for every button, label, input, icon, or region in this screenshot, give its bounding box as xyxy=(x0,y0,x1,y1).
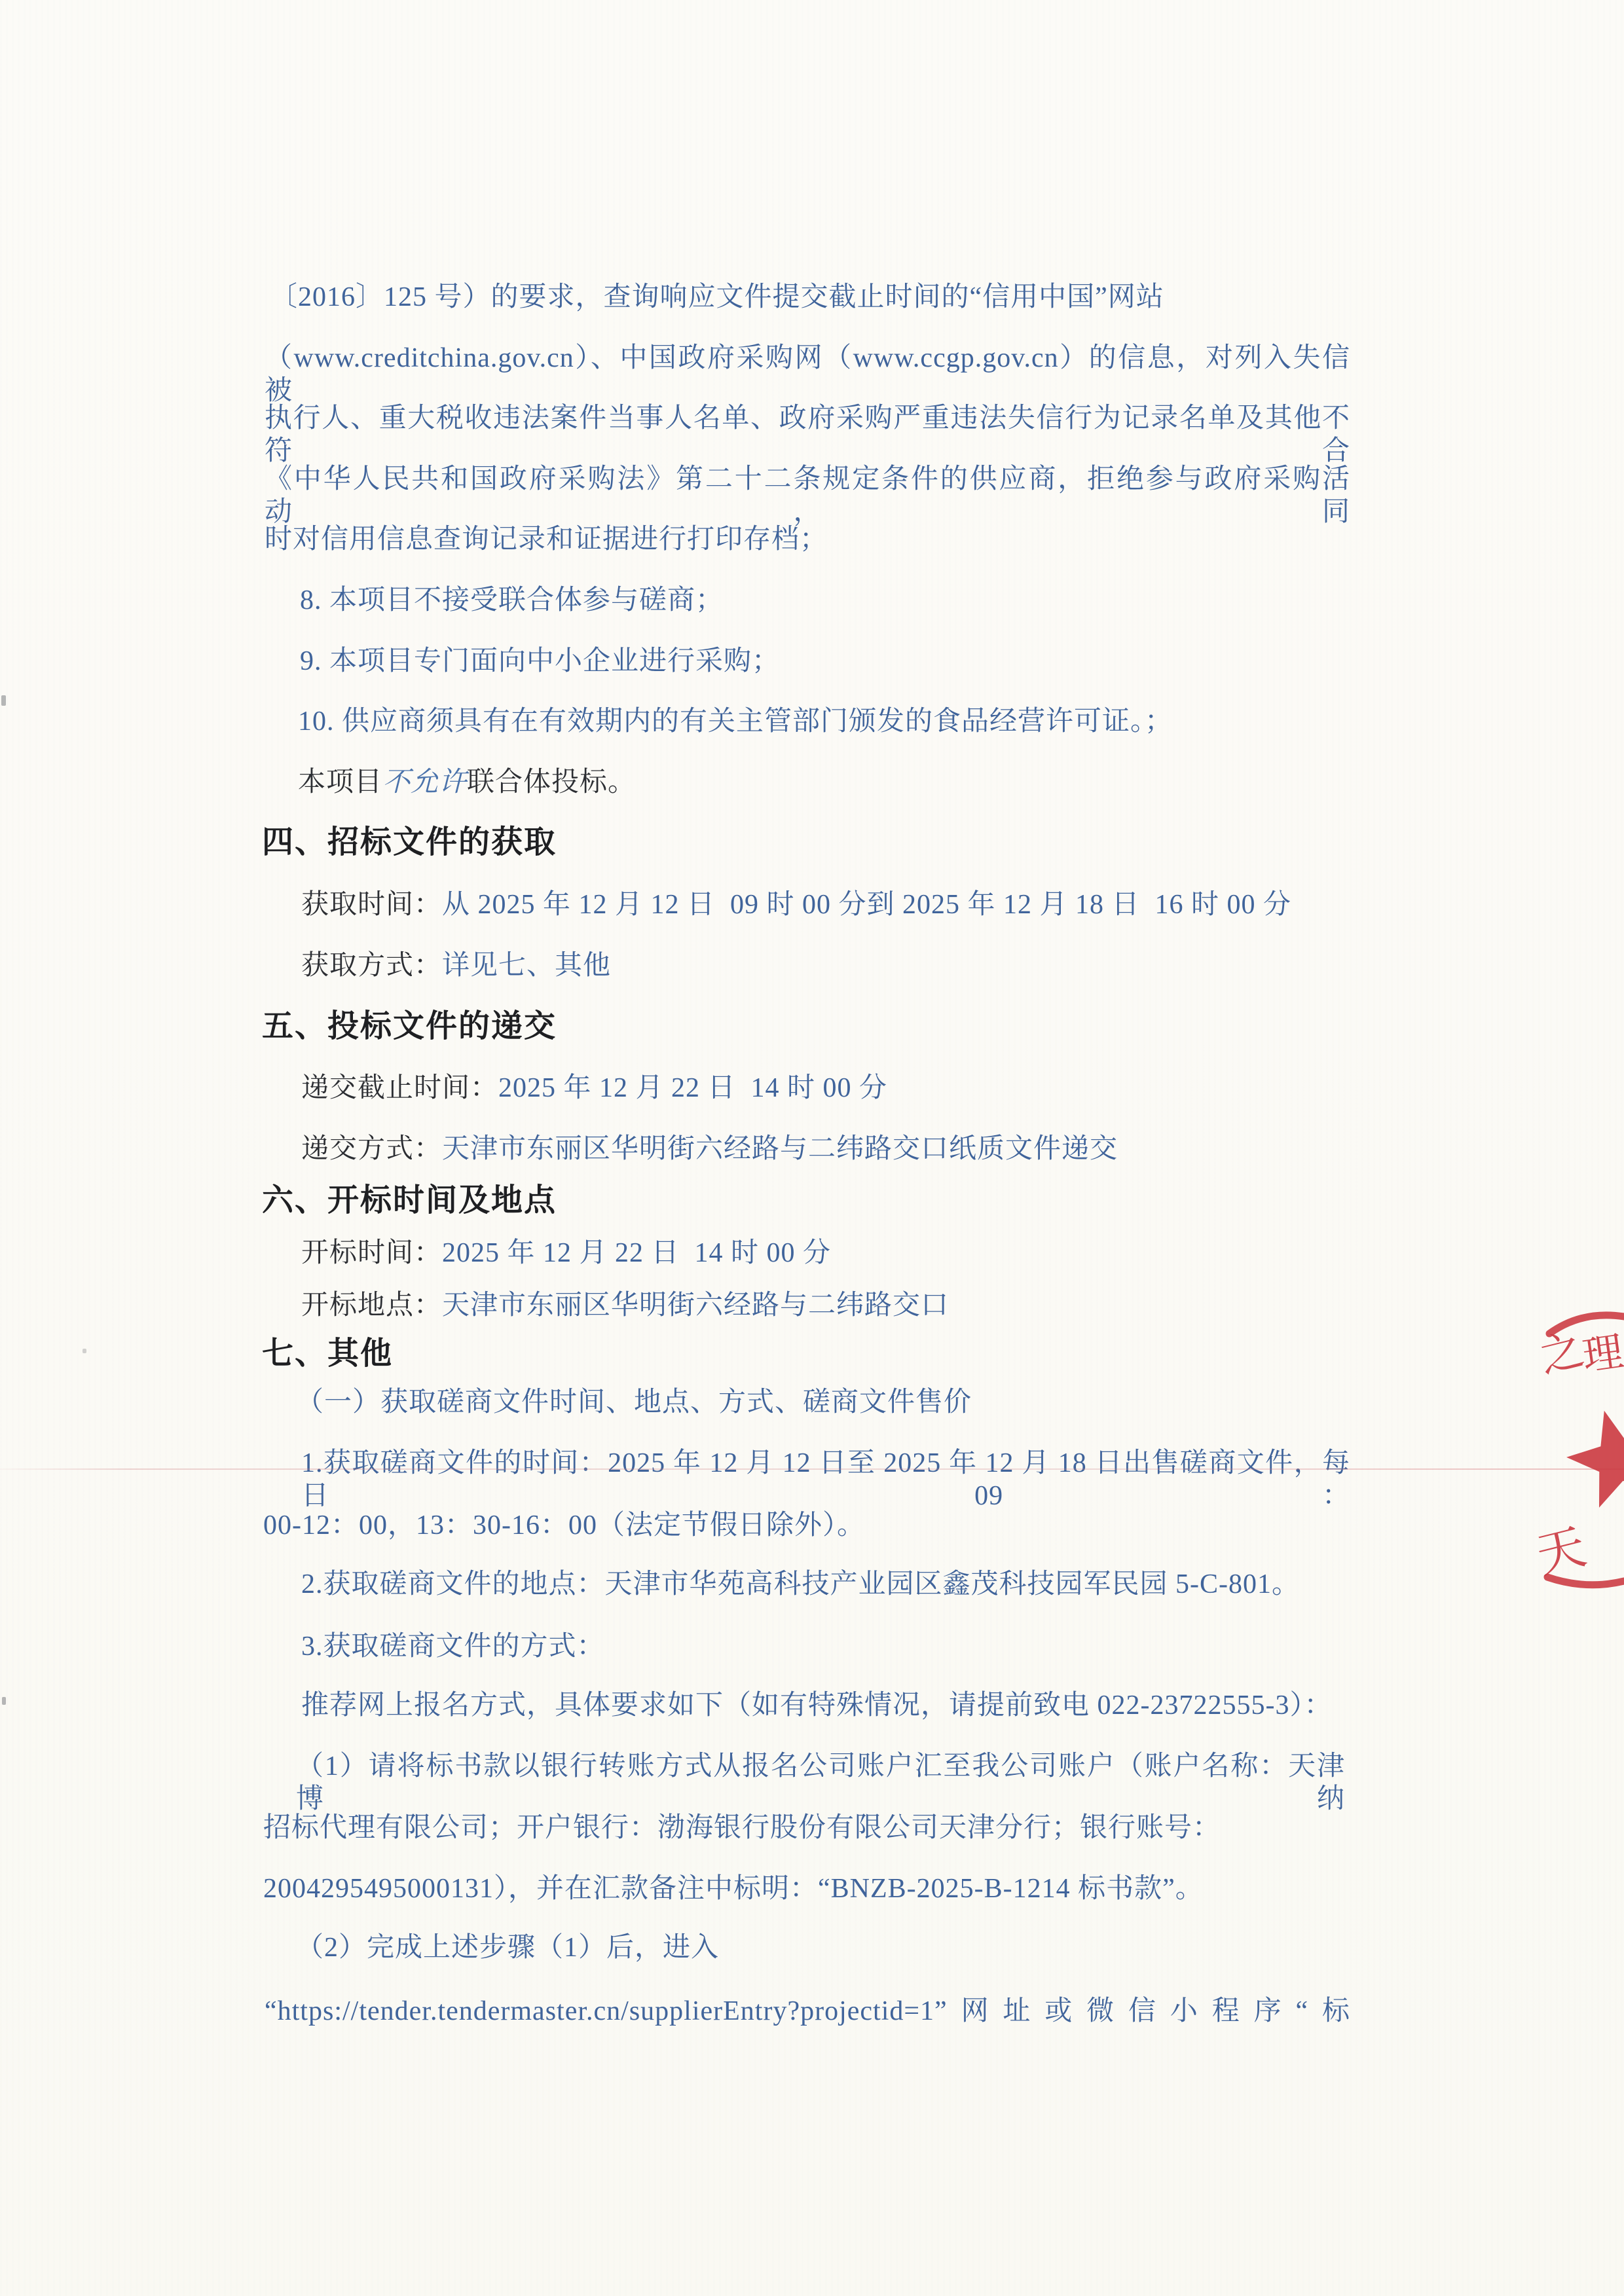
seal-char-3: 天 xyxy=(1531,1520,1591,1584)
obtain-method-value: 详见七、其他 xyxy=(442,951,611,981)
joint-venture-prefix: 本项目 xyxy=(298,767,382,797)
obtain-method-label: 获取方式： xyxy=(301,951,442,981)
item-8: 8. 本项目不接受联合体参与磋商； xyxy=(300,584,724,617)
item-10: 10. 供应商须具有在有效期内的有关主管部门颁发的食品经营许可证。； xyxy=(298,705,1173,738)
section6-title: 六、开标时间及地点 xyxy=(262,1182,557,1219)
submit-deadline-label: 递交截止时间： xyxy=(301,1073,498,1103)
paragraph-credit-line4: 《中华人民共和国政府采购法》第二十二条规定条件的供应商，拒绝参与政府采购活动，同 xyxy=(265,463,1350,528)
open-time-label: 开标时间： xyxy=(301,1238,442,1268)
joint-venture-suffix: 联合体投标。 xyxy=(467,767,636,797)
section5-row-deadline: 递交截止时间：2025 年 12 月 22 日 14 时 00 分 xyxy=(301,1072,887,1104)
obtain-time-label: 获取时间： xyxy=(301,890,442,920)
joint-venture-note: 本项目不允许联合体投标。 xyxy=(298,766,636,799)
section7-p1b: 00-12：00，13：30-16：00（法定节假日除外）。 xyxy=(263,1509,865,1542)
open-place-label: 开标地点： xyxy=(301,1290,442,1321)
paragraph-credit-line2: （www.creditchina.gov.cn）、中国政府采购网（www.ccg… xyxy=(265,342,1350,407)
section4-title: 四、招标文件的获取 xyxy=(262,824,557,861)
scan-speck xyxy=(83,1349,86,1353)
section5-row-method: 递交方式：天津市东丽区华明街六经路与二纬路交口纸质文件递交 xyxy=(301,1133,1118,1165)
section7-p2: 2.获取磋商文件的地点：天津市华苑高科技产业园区鑫茂科技园军民园 5-C-801… xyxy=(301,1568,1300,1601)
section4-row-obtain-method: 获取方式：详见七、其他 xyxy=(301,949,611,982)
section7-p3: 3.获取磋商文件的方式： xyxy=(301,1630,605,1663)
paragraph-credit-line5: 时对信用信息查询记录和证据进行打印存档； xyxy=(265,523,828,556)
section6-row-open-place: 开标地点：天津市东丽区华明街六经路与二纬路交口 xyxy=(301,1289,949,1322)
submit-deadline-value: 2025 年 12 月 22 日 14 时 00 分 xyxy=(498,1073,887,1103)
seal-bottom-arc xyxy=(1547,1577,1624,1585)
section7-p6: （2）完成上述步骤（1）后，进入 xyxy=(296,1931,719,1964)
section5-title: 五、投标文件的递交 xyxy=(262,1008,557,1045)
submit-method-value: 天津市东丽区华明街六经路与二纬路交口纸质文件递交 xyxy=(442,1134,1118,1164)
section7-p5b: 招标代理有限公司；开户银行：渤海银行股份有限公司天津分行；银行账号： xyxy=(263,1812,1221,1844)
seal-char-1: 之 xyxy=(1535,1326,1589,1383)
seal-star-icon xyxy=(1566,1411,1624,1508)
paragraph-credit-line1: 〔2016〕125 号）的要求，查询响应文件提交截止时间的“信用中国”网站 xyxy=(270,281,1164,314)
section7-p5c: 2004295495000131），并在汇款备注中标明：“BNZB-2025-B… xyxy=(263,1872,1204,1905)
section6-row-open-time: 开标时间：2025 年 12 月 22 日 14 时 00 分 xyxy=(301,1237,831,1269)
obtain-time-value: 从 2025 年 12 月 12 日 09 时 00 分到 2025 年 12 … xyxy=(442,890,1291,920)
section7-title: 七、其他 xyxy=(262,1336,393,1372)
section7-p5a: （1）请将标书款以银行转账方式从报名公司账户汇至我公司账户（账户名称：天津博纳 xyxy=(296,1750,1345,1815)
section7-p1a: 1.获取磋商文件的时间：2025 年 12 月 12 日至 2025 年 12 … xyxy=(301,1447,1350,1512)
section7-p7: “https://tender.tendermaster.cn/supplier… xyxy=(265,1995,1350,2028)
document-page: 〔2016〕125 号）的要求，查询响应文件提交截止时间的“信用中国”网站 （w… xyxy=(0,0,1624,2296)
scan-speck xyxy=(2,1697,6,1705)
section7-p4: 推荐网上报名方式，具体要求如下（如有特殊情况，请提前致电 022-2372255… xyxy=(301,1689,1332,1722)
open-place-value: 天津市东丽区华明街六经路与二纬路交口 xyxy=(442,1290,949,1321)
seal-char-2: 理 xyxy=(1579,1330,1624,1379)
scan-speck xyxy=(1,695,6,706)
section7-subtitle: （一）获取磋商文件时间、地点、方式、磋商文件售价 xyxy=(296,1386,972,1419)
item-9: 9. 本项目专门面向中小企业进行采购； xyxy=(300,645,780,678)
official-seal-stamp: 之 理 天 xyxy=(1526,1300,1624,1594)
paragraph-credit-line3: 执行人、重大税收违法案件当事人名单、政府采购严重违法失信行为记录名单及其他不符合 xyxy=(265,402,1350,467)
section4-row-obtain-time: 获取时间：从 2025 年 12 月 12 日 09 时 00 分到 2025 … xyxy=(301,888,1291,921)
joint-venture-emphasis: 不允许 xyxy=(382,767,467,797)
submit-method-label: 递交方式： xyxy=(301,1134,442,1164)
open-time-value: 2025 年 12 月 22 日 14 时 00 分 xyxy=(442,1238,831,1268)
